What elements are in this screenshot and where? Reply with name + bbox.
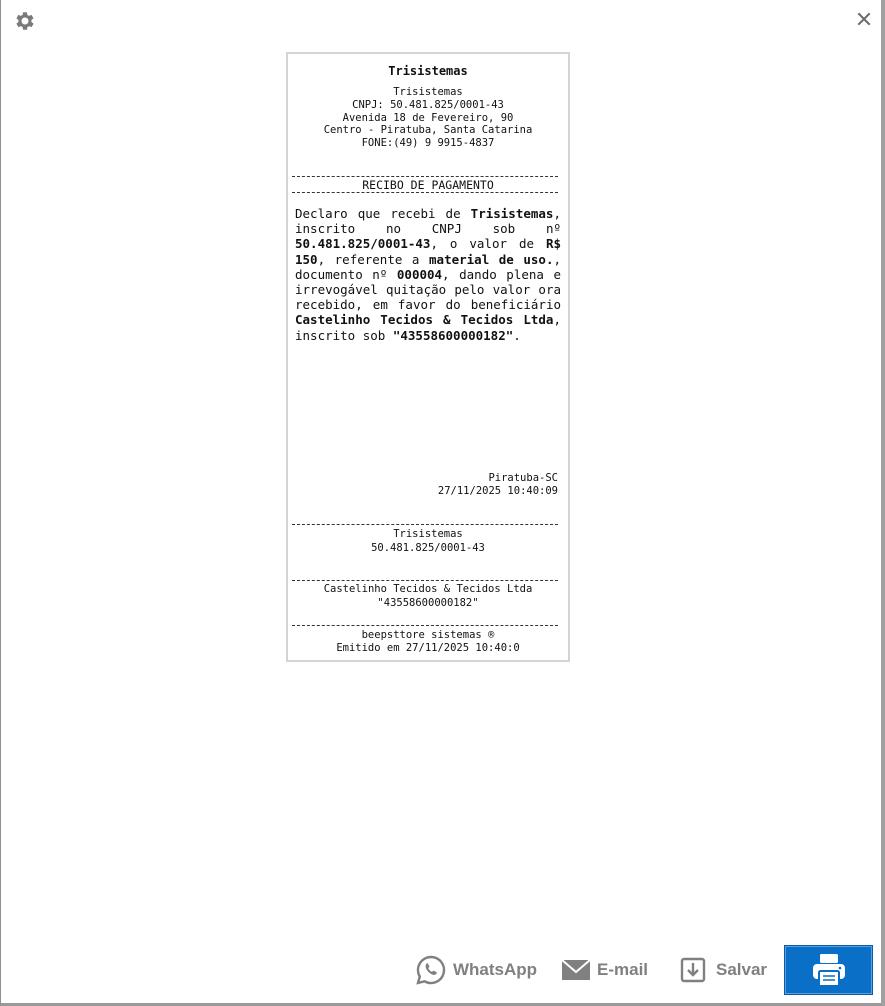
text: , o valor de [430, 236, 545, 251]
text: Declaro que recebi de [295, 206, 471, 221]
email-button[interactable]: E-mail [561, 954, 648, 986]
company-address: Avenida 18 de Fevereiro, 90 [288, 112, 568, 125]
text: , referente a [318, 252, 429, 267]
place: Piratuba-SC [438, 472, 558, 485]
signature-id: "43558600000182" [288, 596, 568, 610]
save-button[interactable]: Salvar [680, 954, 767, 986]
reference: material de uso. [429, 252, 553, 267]
payer-name: Trisistemas [471, 206, 554, 221]
signature-name: Trisistemas [288, 527, 568, 541]
background-app-edge [881, 0, 885, 1006]
signature-id: 50.481.825/0001-43 [288, 541, 568, 555]
whatsapp-label: WhatsApp [453, 960, 537, 980]
section-title: RECIBO DE PAGAMENTO [288, 178, 568, 192]
close-icon[interactable] [855, 10, 873, 28]
whatsapp-button[interactable]: WhatsApp [415, 954, 537, 986]
printer-icon [811, 953, 847, 987]
divider [292, 176, 558, 177]
divider [292, 625, 558, 626]
company-phone: FONE:(49) 9 9915-4837 [288, 137, 568, 150]
document-number: 000004 [397, 267, 442, 282]
save-label: Salvar [716, 960, 767, 980]
signature-line [292, 580, 558, 581]
receipt-header: Trisistemas CNPJ: 50.481.825/0001-43 Ave… [288, 86, 568, 150]
envelope-icon [561, 958, 591, 982]
email-label: E-mail [597, 960, 648, 980]
footer-emitted: Emitido em 27/11/2025 10:40:0 [288, 642, 568, 655]
receipt-preview-dialog: Trisistemas Trisistemas CNPJ: 50.481.825… [1, 0, 881, 1003]
signature-line [292, 524, 558, 525]
receipt-title: Trisistemas [288, 64, 568, 78]
footer-brand: beepsttore sistemas ® [288, 629, 568, 642]
divider [292, 192, 558, 193]
company-cnpj: CNPJ: 50.481.825/0001-43 [288, 99, 568, 112]
gear-icon[interactable] [13, 9, 37, 33]
print-button[interactable] [784, 945, 873, 995]
receipt-declaration: Declaro que recebi de Trisistemas, inscr… [295, 206, 561, 343]
whatsapp-icon [415, 954, 447, 986]
download-icon [680, 957, 706, 983]
payer-signature: Trisistemas 50.481.825/0001-43 [288, 527, 568, 555]
beneficiary-name: Castelinho Tecidos & Tecidos Ltda [295, 312, 553, 327]
signature-name: Castelinho Tecidos & Tecidos Ltda [288, 582, 568, 596]
beneficiary-id: "43558600000182" [393, 328, 513, 343]
company-city: Centro - Piratuba, Santa Catarina [288, 124, 568, 137]
datetime: 27/11/2025 10:40:09 [438, 485, 558, 498]
text: . [513, 328, 521, 343]
action-bar: WhatsApp E-mail Salvar [1, 936, 881, 1000]
company-name: Trisistemas [288, 86, 568, 99]
place-date: Piratuba-SC 27/11/2025 10:40:09 [438, 472, 558, 498]
receipt-footer: beepsttore sistemas ® Emitido em 27/11/2… [288, 629, 568, 655]
payer-cnpj: 50.481.825/0001-43 [295, 236, 430, 251]
receipt-document: Trisistemas Trisistemas CNPJ: 50.481.825… [286, 52, 570, 662]
beneficiary-signature: Castelinho Tecidos & Tecidos Ltda "43558… [288, 582, 568, 610]
